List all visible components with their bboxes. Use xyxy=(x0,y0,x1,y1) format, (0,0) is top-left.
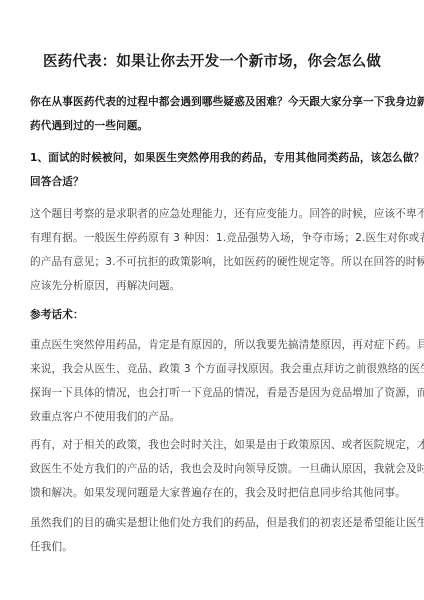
reference-line: 再有，对于相关的政策，我也会时时关注，如果是由于政策原因、或者医院规定，才导 xyxy=(30,433,398,457)
question-line: 回答合适？ xyxy=(30,170,398,194)
reference-paragraph-1: 重点医生突然停用药品，肯定是有原因的，所以我要先搞清楚原因，再对症下药。具体 来… xyxy=(30,333,398,429)
reference-line: 探询一下具体的情况，也会打听一下竞品的情况，看是否是因为竞品增加了资源，而导 xyxy=(30,381,398,405)
analysis-line: 应该先分析原因，再解决问题。 xyxy=(30,274,398,298)
intro-paragraph: 你在从事医药代表的过程中都会遇到哪些疑惑及困难？今天跟大家分享一下我身边新人 药… xyxy=(30,90,398,138)
reference-line: 虽然我们的目的确实是想让他们处方我们的药品，但是我们的初衷还是希望能让医生信 xyxy=(30,511,398,535)
reference-line: 致重点客户不使用我们的产品。 xyxy=(30,405,398,429)
reference-heading-text: 参考话术： xyxy=(30,303,398,327)
analysis-paragraph: 这个题目考察的是求职者的应急处理能力，还有应变能力。回答的时候，应该不卑不亢、 … xyxy=(30,202,398,298)
reference-line: 馈和解决。如果发现问题是大家普遍存在的，我会及时把信息同步给其他同事。 xyxy=(30,481,398,505)
reference-paragraph-2: 再有，对于相关的政策，我也会时时关注，如果是由于政策原因、或者医院规定，才导 致… xyxy=(30,433,398,505)
document-title: 医药代表：如果让你去开发一个新市场，你会怎么做 xyxy=(0,52,424,72)
reference-heading: 参考话术： xyxy=(30,303,398,327)
analysis-line: 有理有据。一般医生停药原有 3 种因：1.竞品强势入场，争夺市场；2.医生对你或… xyxy=(30,226,398,250)
document-page: 医药代表：如果让你去开发一个新市场，你会怎么做 你在从事医药代表的过程中都会遇到… xyxy=(0,0,424,600)
reference-line: 致医生不处方我们的产品的话，我也会及时向领导反馈。一旦确认原因，我就会及时反 xyxy=(30,457,398,481)
reference-line: 重点医生突然停用药品，肯定是有原因的，所以我要先搞清楚原因，再对症下药。具体 xyxy=(30,333,398,357)
reference-line: 来说，我会从医生、竞品、政策 3 个方面寻找原因。我会重点拜访之前很熟络的医生， xyxy=(30,357,398,381)
reference-line: 任我们。 xyxy=(30,535,398,559)
question-line: 1、面试的时候被问，如果医生突然停用我的药品，专用其他同类药品，该怎么做？怎么 xyxy=(30,146,398,170)
question-heading: 1、面试的时候被问，如果医生突然停用我的药品，专用其他同类药品，该怎么做？怎么 … xyxy=(30,146,398,194)
reference-paragraph-3: 虽然我们的目的确实是想让他们处方我们的药品，但是我们的初衷还是希望能让医生信 任… xyxy=(30,511,398,559)
analysis-line: 的产品有意见；3.不可抗拒的政策影响，比如医药的硬性规定等。所以在回答的时候， xyxy=(30,250,398,274)
intro-line: 你在从事医药代表的过程中都会遇到哪些疑惑及困难？今天跟大家分享一下我身边新人 xyxy=(30,90,398,114)
analysis-line: 这个题目考察的是求职者的应急处理能力，还有应变能力。回答的时候，应该不卑不亢、 xyxy=(30,202,398,226)
intro-line: 药代遇到过的一些问题。 xyxy=(30,114,398,138)
